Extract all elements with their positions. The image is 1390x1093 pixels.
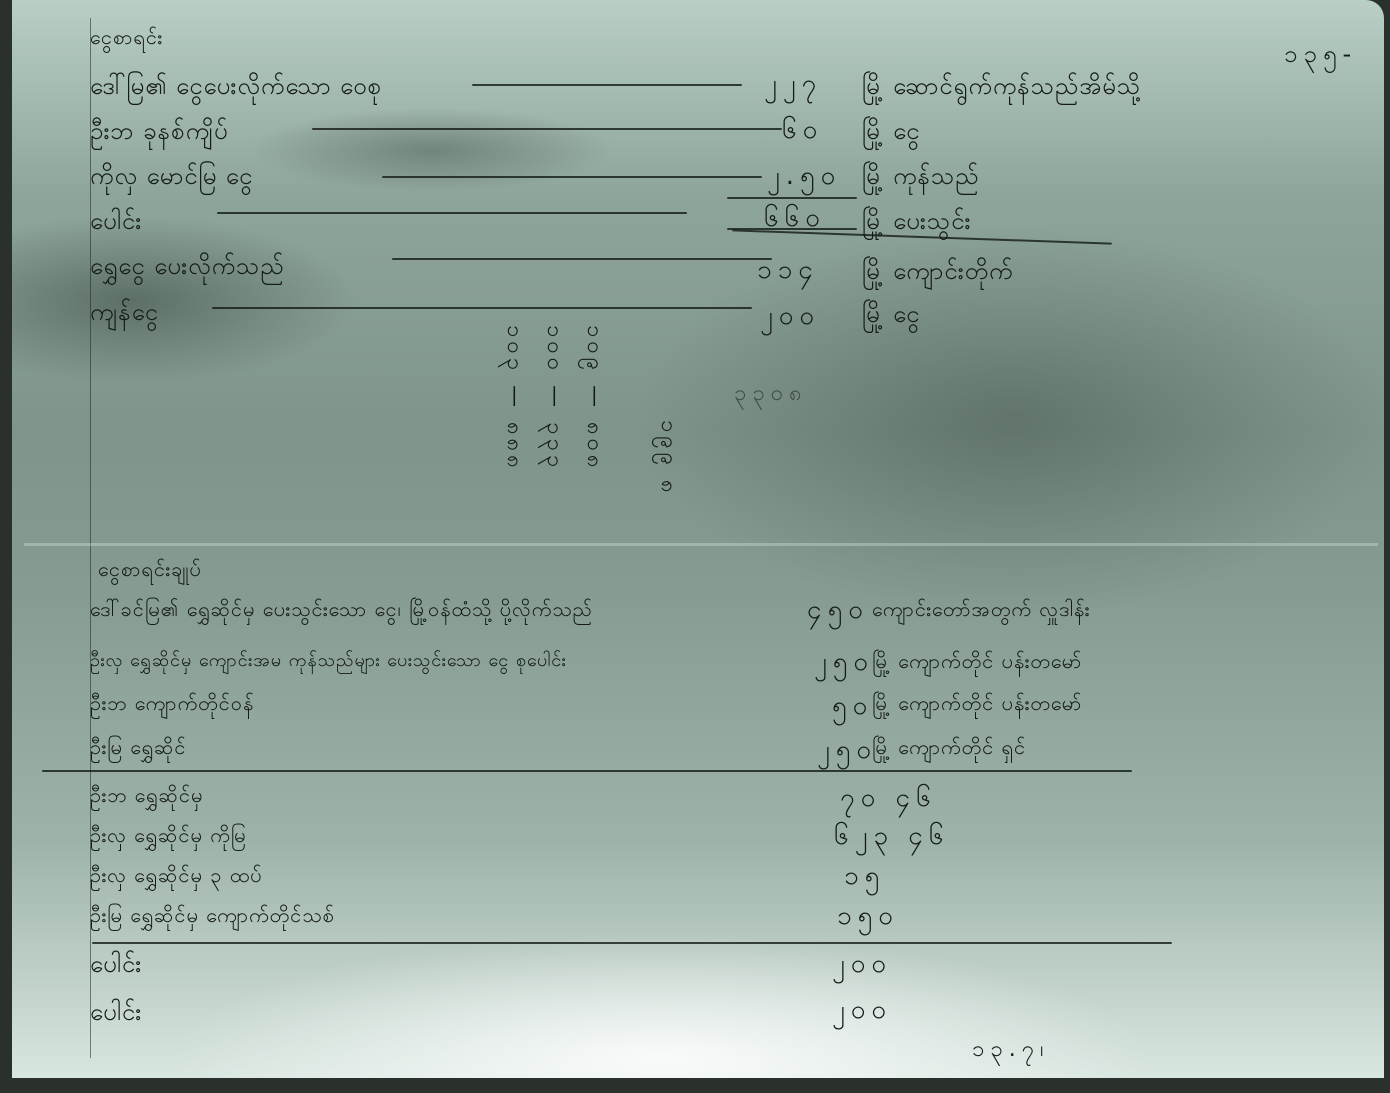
section1-row-note: မြို့ ဆောင်ရွက်ကုန်သည်အိမ်သို့ <box>862 70 1141 106</box>
footer-note: ၁၃.၇၊ <box>972 1034 1050 1067</box>
total-divider <box>92 942 1172 944</box>
section1-row-amount: ၁၁၄ <box>757 252 819 291</box>
section2-row-amount: ၂၅၀ <box>817 732 877 771</box>
row-rule <box>382 176 762 178</box>
row-rule <box>217 212 687 214</box>
section2-row-label: ဦးလှ ရွှေဆိုင်မှ ကိုမြ <box>90 822 247 852</box>
section2-row-amount: ၅၀ <box>832 688 873 727</box>
section2-row-amount: ၁၅၀ <box>837 898 899 937</box>
section1-row-label: ရွှေငွေ ပေးလိုက်သည် <box>90 250 284 286</box>
section2-row-label: ဦးလှ ရွှေဆိုင်မှ ကျောင်းအမ ကုန်သည်များ ပ… <box>90 648 567 675</box>
row-rule <box>472 84 742 86</box>
section1-row-note: မြို့ ကျောင်းတိုက် <box>862 255 1014 291</box>
section2-heading: ငွေစာရင်းချုပ် <box>98 556 202 586</box>
section2-total-amount: ၂၀၀ <box>832 946 892 985</box>
section1-row-note: မြို့ ငွေ <box>862 298 920 334</box>
section2-row-label: ဦးလှ ရွှေဆိုင်မှ ၃ ထပ် <box>90 862 263 892</box>
section2-row-note: မြို့ ကျောက်တိုင် ပန်းတမော် <box>872 690 1082 720</box>
row-rule <box>312 128 782 130</box>
row-rule <box>212 307 752 309</box>
section1-row-note: မြို့ ငွေ <box>862 115 920 151</box>
calc-column: ၁၀၃ — ၈၈၈ <box>498 325 531 472</box>
section1-row-amount: ၂၂၇ <box>764 66 822 105</box>
section2-row-note: မြို့ ကျောက်တိုင် ရှင် <box>872 734 1026 764</box>
section2-row-label: ဦးမြ ရွှေဆိုင် <box>90 734 186 764</box>
section1-row-note: မြို့ ကုန်သည် <box>862 160 979 196</box>
section1-heading: ငွေစာရင်း <box>90 24 163 54</box>
section1-row-label: ဒေါ်မြ၏ ငွေပေးလိုက်သော ဝေစု <box>90 70 382 106</box>
section2-row-note: ကျောင်းတော်အတွက် လှူဒါန်း <box>872 596 1090 626</box>
section2-row-note: မြို့ ကျောက်တိုင် ပန်းတမော် <box>872 648 1082 678</box>
section1-row-amount: ၆၀ <box>782 112 823 151</box>
margin-figure: ၃၃၀၈ <box>734 378 808 411</box>
calc-column: ၁၀၀ — ၃၃၃ <box>538 325 571 471</box>
row-rule <box>392 258 772 260</box>
section2-row-amount: ၇၀ ၄၆ <box>840 780 937 819</box>
underline-rule <box>727 197 857 199</box>
section2-row-label: ဦးမြ ရွှေဆိုင်မှ ကျောက်တိုင်သစ် <box>90 902 335 932</box>
page-number: ၁၃၅- <box>1284 38 1357 74</box>
section2-row-amount: ၆၂၃ ၄၆ <box>834 818 950 857</box>
section2-row-amount: ၄၅၀ <box>807 592 869 631</box>
manuscript-page: ၁၃၅- ငွေစာရင်း ဒေါ်မြ၏ ငွေပေးလိုက်သော ဝေ… <box>12 0 1384 1078</box>
section2-row-amount: ၁၅ <box>844 858 885 897</box>
section2-row-label: ဒေါ်ခင်မြ၏ ရွှေဆိုင်မှ ပေးသွင်းသော ငွေ၊ … <box>90 596 593 626</box>
calc-column: ၁၉၉ ၈ <box>652 420 685 497</box>
section2-row-label: ဦးဘ ကျောက်တိုင်ဝန် <box>90 690 254 720</box>
section2-total-label: ပေါင်း <box>90 948 142 984</box>
section2-row-label: ဦးဘ ရွှေဆိုင်မှ <box>90 782 203 812</box>
page-fold <box>24 543 1378 546</box>
section1-row-label: ဦးဘ ခုနစ်ကျိပ် <box>90 115 229 151</box>
section1-row-label: ပေါင်း <box>90 205 142 241</box>
section2-total-label: ပေါင်း <box>90 996 142 1032</box>
section2-row-amount: ၂၅၀ <box>814 644 874 683</box>
section1-row-label: ကျန်ငွေ <box>90 296 159 332</box>
calc-column: ၁၀၉ — ၈၀၈ <box>578 325 611 472</box>
section1-row-amount: ၂.၅၀ <box>767 158 841 197</box>
section2-total-amount: ၂၀၀ <box>832 992 892 1031</box>
section2-divider <box>42 770 1132 772</box>
section1-row-label: ကိုလှ မောင်မြ ငွေ <box>90 160 253 196</box>
section1-row-amount: ၂၀၀ <box>760 298 820 337</box>
